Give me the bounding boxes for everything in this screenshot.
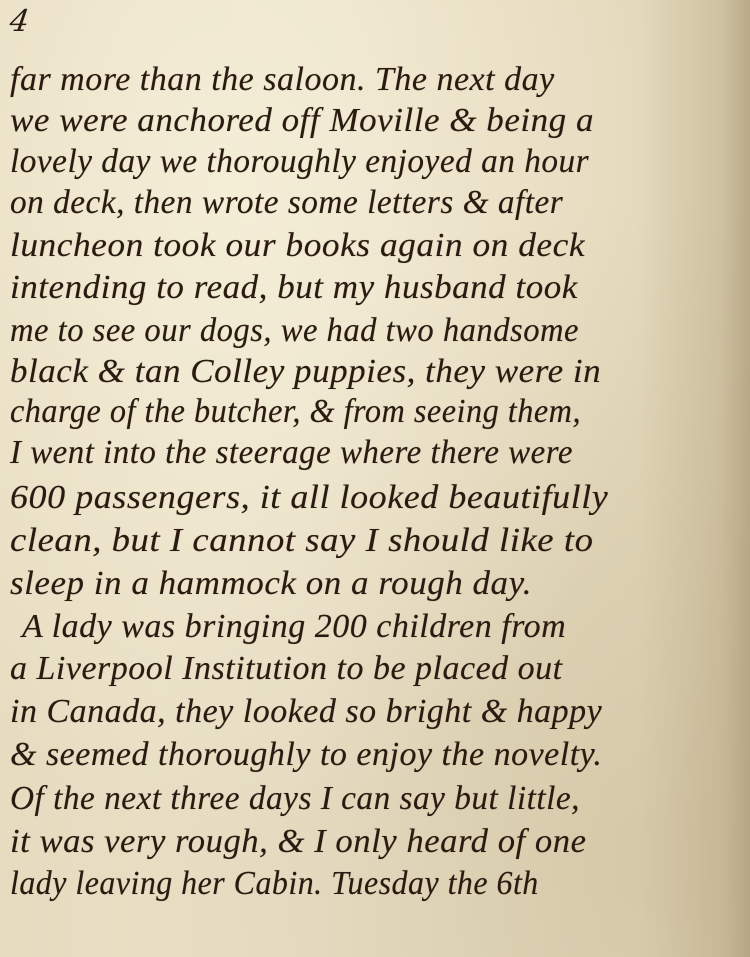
text-line: lady leaving her Cabin. Tuesday the 6th [10,864,698,904]
text-line: it was very rough, & I only heard of one [10,822,750,862]
text-line: sleep in a hammock on a rough day. [10,564,750,604]
text-line: far more than the saloon. The next day [10,60,742,100]
text-line: in Canada, they looked so bright & happy [10,692,742,732]
text-line: intending to read, but my husband took [10,268,750,308]
text-line: we were anchored off Moville & being a [10,101,750,141]
text-line: on deck, then wrote some letters & after [10,183,727,223]
text-line: a Liverpool Institution to be placed out [10,649,742,689]
text-line: Of the next three days I can say but lit… [10,779,727,819]
text-line: clean, but I cannot say I should like to [10,521,750,561]
text-line: 600 passengers, it all looked beautifull… [10,478,750,518]
text-line: black & tan Colley puppies, they were in [10,352,750,392]
text-line: & seemed thoroughly to enjoy the novelty… [10,735,742,775]
text-line: A lady was bringing 200 children from [22,607,742,647]
text-line: lovely day we thoroughly enjoyed an hour [10,142,727,182]
text-line: me to see our dogs, we had two handsome [10,311,713,351]
manuscript-page: 4 far more than the saloon. The next day… [0,0,750,957]
text-line: luncheon took our books again on deck [10,226,750,266]
text-line: charge of the butcher, & from seeing the… [10,392,705,432]
manuscript-text: far more than the saloon. The next day w… [0,0,750,957]
text-line: I went into the steerage where there wer… [10,433,720,473]
